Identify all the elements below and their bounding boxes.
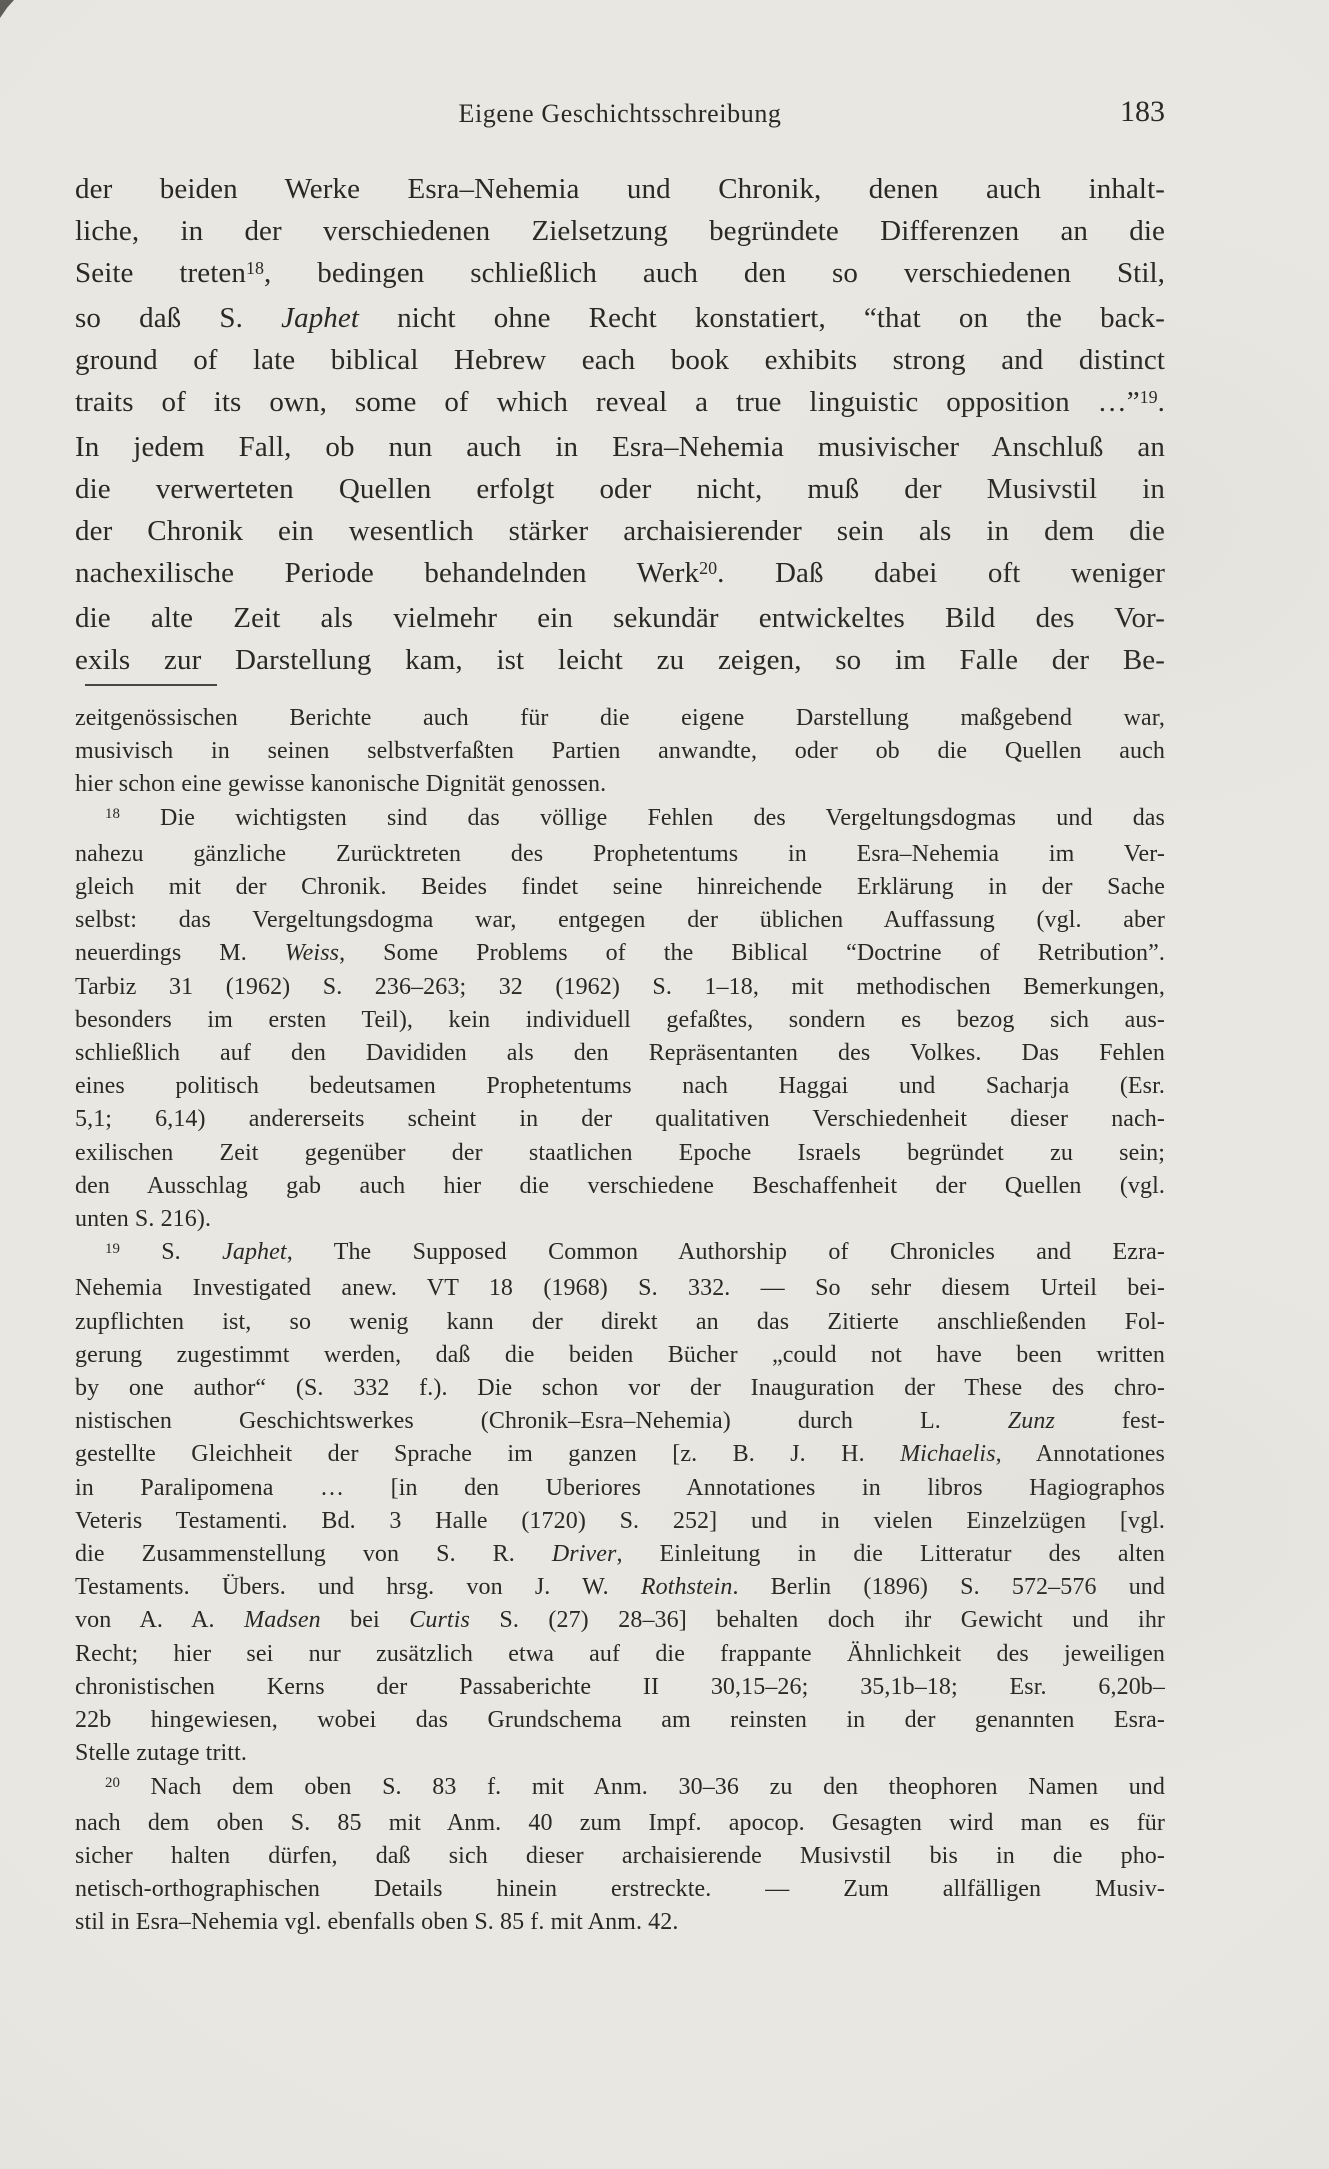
text-line: liche, in der verschiedenen Zielsetzung …: [75, 210, 1165, 252]
text-line: der Chronik ein wesentlich stärker archa…: [75, 510, 1165, 552]
text-line: Nehemia Investigated anew. VT 18 (1968) …: [75, 1272, 1165, 1305]
text-line: ground of late biblical Hebrew each book…: [75, 339, 1165, 381]
text-line: die verwerteten Quellen erfolgt oder nic…: [75, 468, 1165, 510]
text-line: 5,1; 6,14) andererseits scheint in der q…: [75, 1103, 1165, 1136]
text-line: so daß S. Japhet nicht ohne Recht konsta…: [75, 297, 1165, 339]
page-number: 183: [1120, 95, 1165, 129]
footnotes-section: zeitgenössischen Berichte auch für die e…: [75, 702, 1165, 1940]
text-line: 22b hingewiesen, wobei das Grundschema a…: [75, 1704, 1165, 1737]
text-line: selbst: das Vergeltungsdogma war, entgeg…: [75, 904, 1165, 937]
text-line: netisch-orthographischen Details hinein …: [75, 1873, 1165, 1906]
text-line: nistischen Geschichtswerkes (Chronik–Esr…: [75, 1405, 1165, 1438]
text-line: nach dem oben S. 85 mit Anm. 40 zum Impf…: [75, 1807, 1165, 1840]
text-line: stil in Esra–Nehemia vgl. ebenfalls oben…: [75, 1906, 1165, 1939]
text-line: Recht; hier sei nur zusätzlich etwa auf …: [75, 1638, 1165, 1671]
text-line: gestellte Gleichheit der Sprache im ganz…: [75, 1438, 1165, 1471]
text-line: besonders im ersten Teil), kein individu…: [75, 1004, 1165, 1037]
footnote-18: 18 Die wichtigsten sind das völlige Fehl…: [75, 802, 1165, 1237]
text-line: die alte Zeit als vielmehr ein sekundär …: [75, 597, 1165, 639]
text-line: nahezu gänzliche Zurücktreten des Prophe…: [75, 838, 1165, 871]
text-line: exils zur Darstellung kam, ist leicht zu…: [75, 639, 1165, 681]
text-line: 19 S. Japhet, The Supposed Common Author…: [75, 1236, 1165, 1272]
text-line: sicher halten dürfen, daß sich dieser ar…: [75, 1840, 1165, 1873]
text-line: Veteris Testamenti. Bd. 3 Halle (1720) S…: [75, 1505, 1165, 1538]
text-line: In jedem Fall, ob nun auch in Esra–Nehem…: [75, 426, 1165, 468]
text-line: neuerdings M. Weiss, Some Problems of th…: [75, 937, 1165, 970]
text-line: traits of its own, some of which reveal …: [75, 381, 1165, 426]
scan-artifact-mark: [0, 0, 14, 18]
text-line: die Zusammenstellung von S. R. Driver, E…: [75, 1538, 1165, 1571]
main-paragraph: der beiden Werke Esra–Nehemia und Chroni…: [75, 168, 1165, 681]
text-line: 18 Die wichtigsten sind das völlige Fehl…: [75, 802, 1165, 838]
text-line: Testaments. Übers. und hrsg. von J. W. R…: [75, 1571, 1165, 1604]
text-line: von A. A. Madsen bei Curtis S. (27) 28–3…: [75, 1604, 1165, 1637]
text-line: exilischen Zeit gegenüber der staatliche…: [75, 1137, 1165, 1170]
text-line: hier schon eine gewisse kanonische Digni…: [75, 768, 1165, 801]
running-title: Eigene Geschichtsschreibung: [458, 99, 781, 129]
text-line: by one author“ (S. 332 f.). Die schon vo…: [75, 1372, 1165, 1405]
text-line: Seite treten18, bedingen schließlich auc…: [75, 252, 1165, 297]
text-line: gerung zugestimmt werden, daß die beiden…: [75, 1339, 1165, 1372]
text-line: gleich mit der Chronik. Beides findet se…: [75, 871, 1165, 904]
text-line: Stelle zutage tritt.: [75, 1737, 1165, 1770]
text-line: nachexilische Periode behandelnden Werk2…: [75, 552, 1165, 597]
footnote-continuation: zeitgenössischen Berichte auch für die e…: [75, 702, 1165, 802]
text-line: chronistischen Kerns der Passaberichte I…: [75, 1671, 1165, 1704]
text-line: in Paralipomena … [in den Uberiores Anno…: [75, 1472, 1165, 1505]
text-line: eines politisch bedeutsamen Prophetentum…: [75, 1070, 1165, 1103]
footnote-separator: [85, 684, 217, 686]
text-line: Tarbiz 31 (1962) S. 236–263; 32 (1962) S…: [75, 971, 1165, 1004]
text-line: zeitgenössischen Berichte auch für die e…: [75, 702, 1165, 735]
text-line: zupflichten ist, so wenig kann der direk…: [75, 1306, 1165, 1339]
footnote-19: 19 S. Japhet, The Supposed Common Author…: [75, 1236, 1165, 1770]
text-line: schließlich auf den Davididen als den Re…: [75, 1037, 1165, 1070]
book-page: Eigene Geschichtsschreibung 183 der beid…: [0, 0, 1329, 2169]
text-line: der beiden Werke Esra–Nehemia und Chroni…: [75, 168, 1165, 210]
text-line: 20 Nach dem oben S. 83 f. mit Anm. 30–36…: [75, 1771, 1165, 1807]
text-line: musivisch in seinen selbstverfaßten Part…: [75, 735, 1165, 768]
page-header: Eigene Geschichtsschreibung 183: [75, 95, 1165, 135]
text-line: unten S. 216).: [75, 1203, 1165, 1236]
footnote-20: 20 Nach dem oben S. 83 f. mit Anm. 30–36…: [75, 1771, 1165, 1940]
text-line: den Ausschlag gab auch hier die verschie…: [75, 1170, 1165, 1203]
